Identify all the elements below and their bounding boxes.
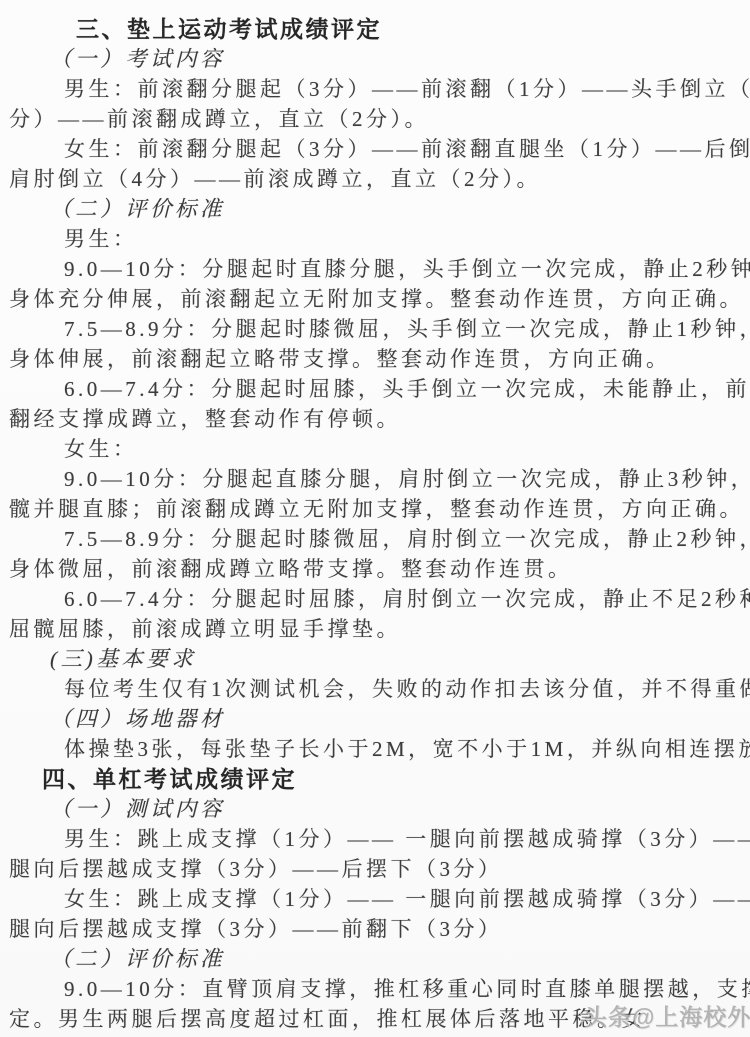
paragraph-line: 肩肘倒立（4分）——前滚成蹲立，直立（2分）。 bbox=[0, 164, 750, 194]
paragraph-line: 女生：跳上成支撑（1分）—— 一腿向前摆越成骑撑（3分）——前 bbox=[0, 884, 750, 914]
paragraph-line: 身体充分伸展，前滚翻起立无附加支撑。整套动作连贯，方向正确。 bbox=[0, 284, 750, 314]
subsection-heading: （二）评价标准 bbox=[0, 944, 750, 974]
document-screenshot: { "page": { "background_color": "#fdfdfd… bbox=[0, 0, 750, 1037]
paragraph-line: 分）——前滚翻成蹲立，直立（2分）。 bbox=[0, 104, 750, 134]
document-page: 三、垫上运动考试成绩评定（一）考试内容男生：前滚翻分腿起（3分）——前滚翻（1分… bbox=[0, 0, 750, 1037]
paragraph-line: 7.5—8.9分：分腿起时膝微屈，肩肘倒立一次完成，静止2秒钟， bbox=[0, 524, 750, 554]
subsection-heading: （一）测试内容 bbox=[0, 794, 750, 824]
subsection-heading: （四）场地器材 bbox=[0, 704, 750, 734]
paragraph-line: 男生： bbox=[0, 224, 750, 254]
paragraph-line: 7.5—8.9分：分腿起时膝微屈，头手倒立一次完成，静止1秒钟， bbox=[0, 314, 750, 344]
paragraph-line: 女生：前滚翻分腿起（3分）——前滚翻直腿坐（1分）——后倒成 bbox=[0, 134, 750, 164]
paragraph-line: 每位考生仅有1次测试机会，失败的动作扣去该分值，并不得重做。 bbox=[0, 674, 750, 704]
paragraph-line: 腿向后摆越成支撑（3分）——前翻下（3分） bbox=[0, 914, 750, 944]
paragraph-line: 女生： bbox=[0, 434, 750, 464]
paragraph-line: 翻经支撑成蹲立，整套动作有停顿。 bbox=[0, 404, 750, 434]
subsection-heading: （一）考试内容 bbox=[0, 44, 750, 74]
document-text-block: 三、垫上运动考试成绩评定（一）考试内容男生：前滚翻分腿起（3分）——前滚翻（1分… bbox=[0, 0, 750, 1034]
subsection-heading: (三)基本要求 bbox=[0, 644, 750, 674]
paragraph-line: 身体微屈，前滚翻成蹲立略带支撑。整套动作连贯。 bbox=[0, 554, 750, 584]
section-heading: 三、垫上运动考试成绩评定 bbox=[0, 14, 750, 44]
paragraph-line: 身体伸展，前滚翻起立略带支撑。整套动作连贯，方向正确。 bbox=[0, 344, 750, 374]
paragraph-line: 9.0—10分：分腿起时直膝分腿，头手倒立一次完成，静止2秒钟， bbox=[0, 254, 750, 284]
paragraph-line: 6.0—7.4分：分腿起时屈膝，肩肘倒立一次完成，静止不足2秒种， bbox=[0, 584, 750, 614]
paragraph-line: 男生：前滚翻分腿起（3分）——前滚翻（1分）——头手倒立（4 bbox=[0, 74, 750, 104]
paragraph-line: 男生：跳上成支撑（1分）—— 一腿向前摆越成骑撑（3分）——前 bbox=[0, 824, 750, 854]
paragraph-line: 9.0—10分：分腿起直膝分腿，肩肘倒立一次完成，静止3秒钟，伸 bbox=[0, 464, 750, 494]
section-heading: 四、单杠考试成绩评定 bbox=[0, 764, 750, 794]
paragraph-line: 腿向后摆越成支撑（3分）——后摆下（3分） bbox=[0, 854, 750, 884]
watermark-text: 头条@上海校外 bbox=[584, 999, 750, 1032]
paragraph-line: 髋并腿直膝；前滚翻成蹲立无附加支撑，整套动作连贯，方向正确。 bbox=[0, 494, 750, 524]
paragraph-line: 6.0—7.4分：分腿起时屈膝，头手倒立一次完成，未能静止，前滚 bbox=[0, 374, 750, 404]
paragraph-line: 体操垫3张，每张垫子长小于2M，宽不小于1M，并纵向相连摆放。 bbox=[0, 734, 750, 764]
paragraph-line: 屈髋屈膝，前滚成蹲立明显手撑垫。 bbox=[0, 614, 750, 644]
subsection-heading: （二）评价标准 bbox=[0, 194, 750, 224]
